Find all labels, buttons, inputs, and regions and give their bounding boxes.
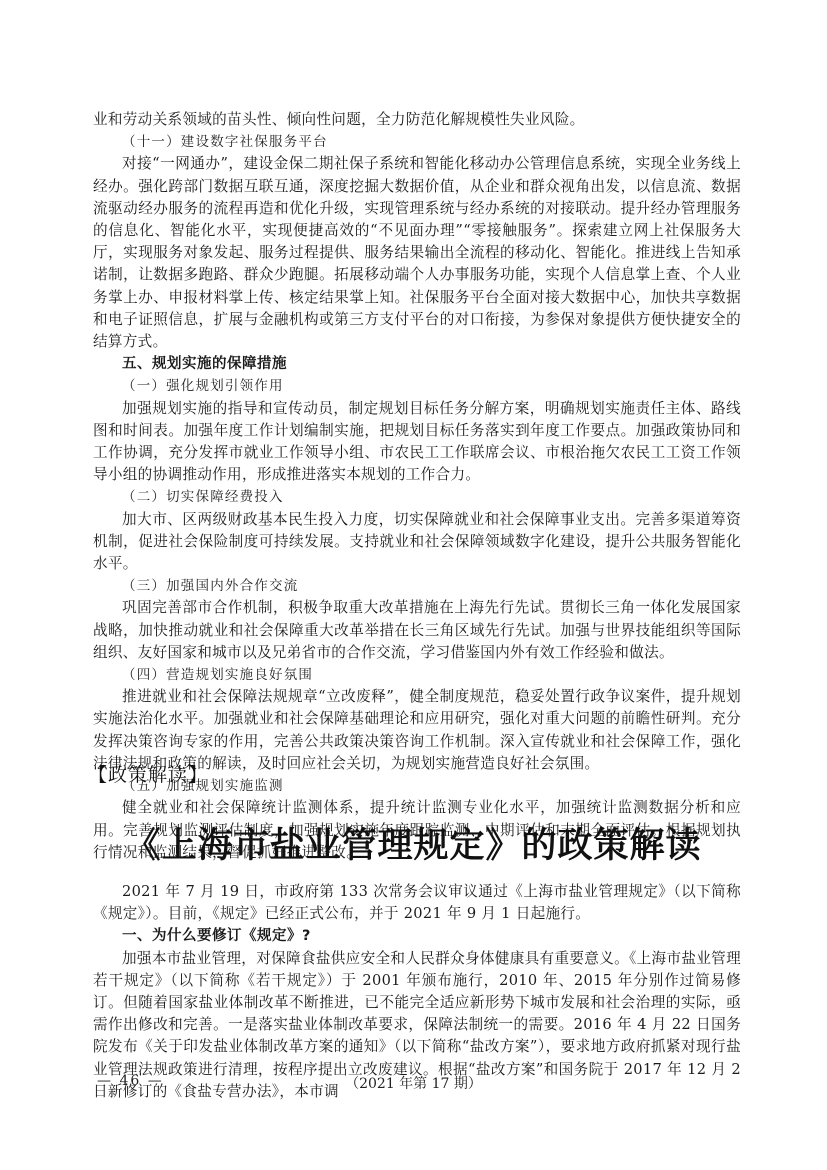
article-title: 《上海市盐业管理规定》的政策解读 <box>0 818 827 868</box>
article-body: 2021 年 7 月 19 日，市政府第 133 次常务会议审议通过《上海市盐业… <box>93 881 741 1103</box>
section-tag-policy-interpretation: 【政策解读】 <box>88 760 208 787</box>
measure-1-text: 加强规划实施的指导和宣传动员，制定规划目标任务分解方案，明确规划实施责任主体、路… <box>93 398 741 487</box>
paragraph-digital-social-security: 对接“一网通办”，建设金保二期社保子系统和智能化移动办公管理信息系统，实现全业务… <box>93 153 741 353</box>
measure-2-title: （二）切实保障经费投入 <box>93 486 741 508</box>
measure-4-title: （四）营造规划实施良好氛围 <box>93 664 741 686</box>
article-intro: 2021 年 7 月 19 日，市政府第 133 次常务会议审议通过《上海市盐业… <box>93 881 741 925</box>
measure-3-title: （三）加强国内外合作交流 <box>93 575 741 597</box>
paragraph-continuation: 业和劳动关系领域的苗头性、倾向性问题，全力防范化解规模性失业风险。 <box>93 109 741 131</box>
measure-2-text: 加大市、区两级财政基本民生投入力度，切实保障就业和社会保障事业支出。完善多渠道筹… <box>93 509 741 576</box>
subheading-11: （十一）建设数字社保服务平台 <box>93 131 741 153</box>
issue-label: （2021 年第 17 期） <box>0 1073 827 1093</box>
section-5-heading: 五、规划实施的保障措施 <box>93 353 741 375</box>
continued-text-block: 业和劳动关系领域的苗头性、倾向性问题，全力防范化解规模性失业风险。 （十一）建设… <box>93 109 741 864</box>
question-1-heading: 一、为什么要修订《规定》? <box>93 925 741 947</box>
measure-3-text: 巩固完善部市合作机制，积极争取重大改革措施在上海先行先试。贯彻长三角一体化发展国… <box>93 597 741 664</box>
measure-1-title: （一）强化规划引领作用 <box>93 375 741 397</box>
